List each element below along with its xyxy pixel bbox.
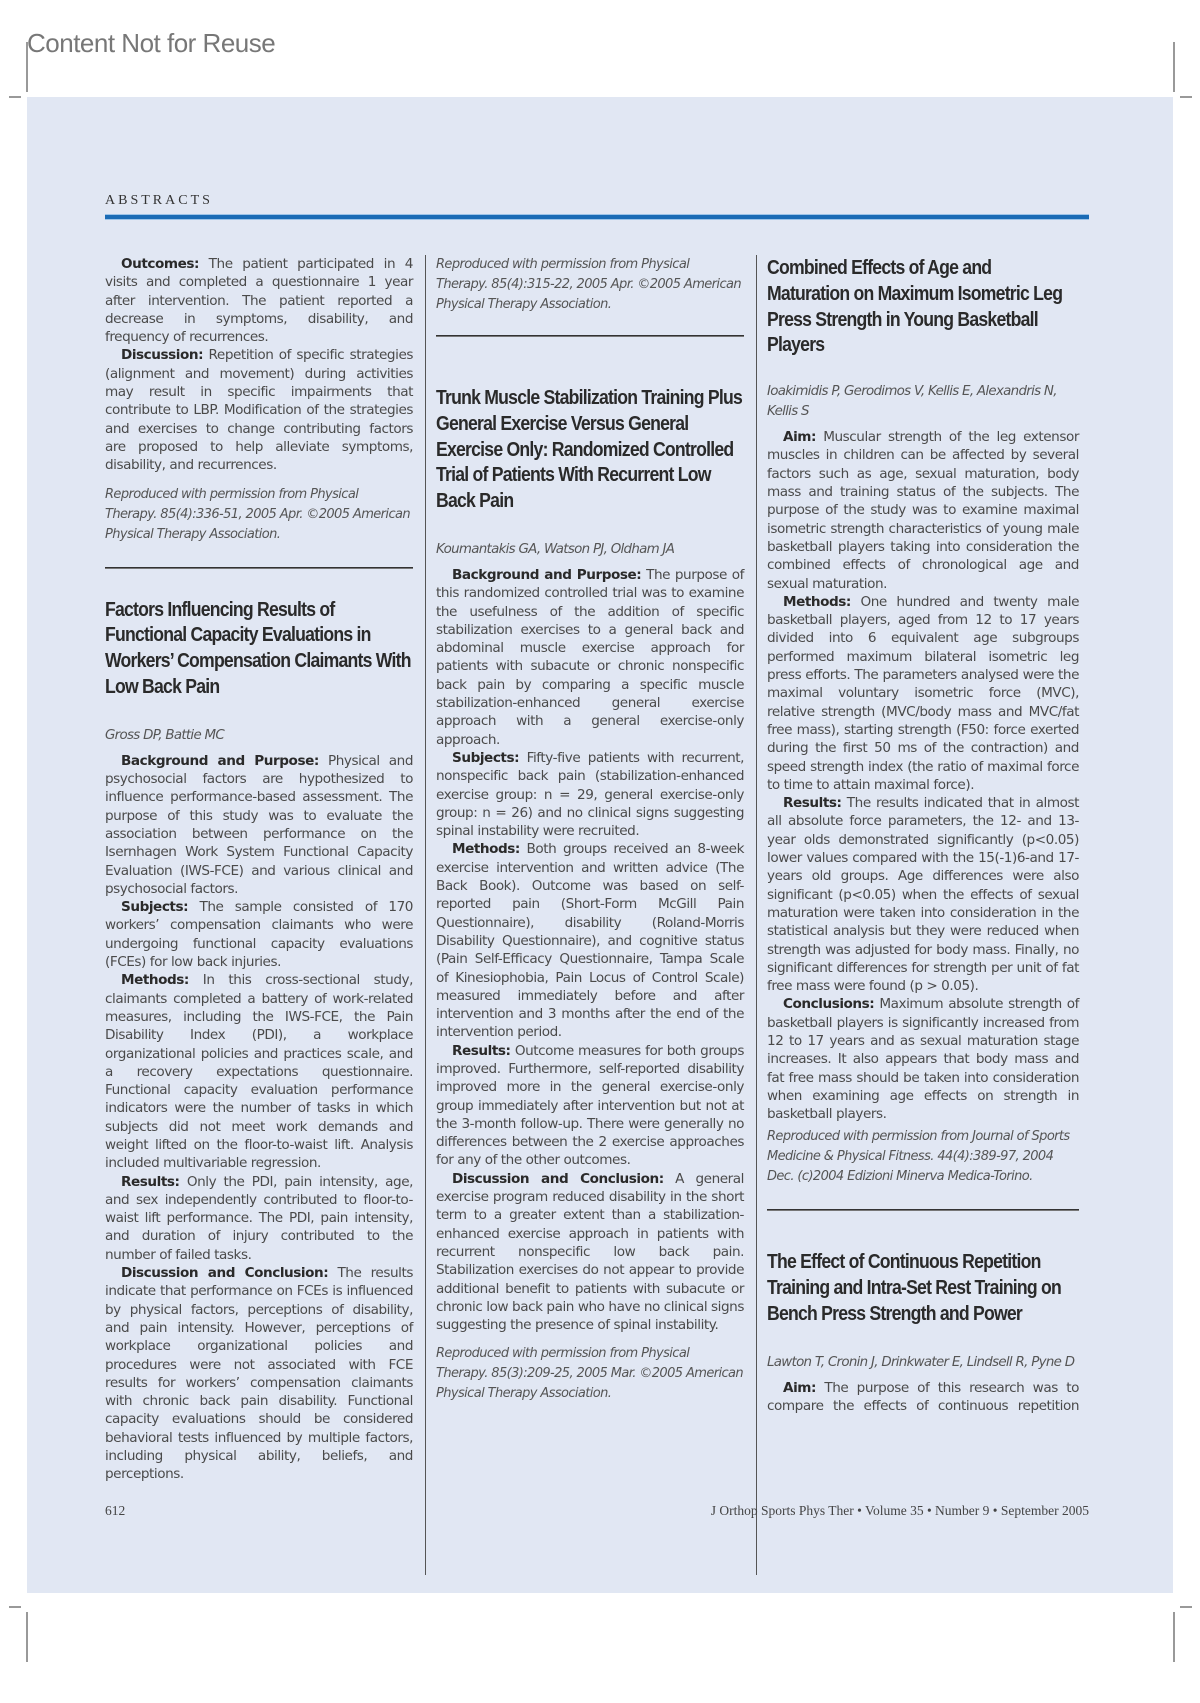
column-divider — [756, 255, 757, 1575]
abstract-authors: Gross DP, Battie MC — [105, 726, 413, 746]
abstract-title: Combined Effects of Age and Maturation o… — [767, 255, 1077, 358]
abstract-authors: Ioakimidis P, Gerodimos V, Kellis E, Ale… — [767, 382, 1079, 422]
abstract-paragraph: Discussion: Repetition of specific strat… — [105, 346, 413, 474]
abstract-paragraph: Background and Purpose: The purpose of t… — [436, 566, 744, 749]
paragraph-label: Background and Purpose: — [452, 567, 641, 583]
paragraph-text: A general exercise program reduced disab… — [436, 1171, 744, 1333]
abstract-title: The Effect of Continuous Repetition Trai… — [767, 1249, 1077, 1326]
section-heading: ABSTRACTS — [105, 193, 213, 209]
paragraph-text: The results indicated that in almost all… — [767, 795, 1079, 994]
paragraph-text: Muscular strength of the leg extensor mu… — [767, 429, 1079, 591]
paragraph-label: Conclusions: — [783, 996, 874, 1012]
abstract-title: Factors Influencing Results of Functiona… — [105, 597, 415, 700]
column-2: Reproduced with permission from Physical… — [436, 255, 744, 1404]
paragraph-label: Discussion and Conclusion: — [121, 1265, 328, 1281]
abstract-paragraph: Discussion and Conclusion: The results i… — [105, 1264, 413, 1484]
paragraph-label: Methods: — [783, 594, 851, 610]
crop-mark — [26, 1612, 28, 1662]
abstract-paragraph: Outcomes: The patient participated in 4 … — [105, 255, 413, 346]
abstract-paragraph: Results: The results indicated that in a… — [767, 794, 1079, 995]
watermark: Content Not for Reuse — [27, 28, 275, 59]
paragraph-text: One hundred and twenty male basketball p… — [767, 594, 1079, 793]
journal-page: ABSTRACTS Outcomes: The patient particip… — [27, 97, 1173, 1593]
abstract-paragraph: Subjects: The sample consisted of 170 wo… — [105, 898, 413, 971]
paragraph-text: The purpose of this randomized controlle… — [436, 567, 744, 748]
paragraph-label: Results: — [452, 1043, 511, 1059]
reproduction-notice: Reproduced with permission from Physical… — [436, 1344, 744, 1404]
reproduction-notice: Reproduced with permission from Physical… — [436, 255, 744, 315]
paragraph-label: Aim: — [783, 429, 816, 445]
abstract-paragraph: Methods: One hundred and twenty male bas… — [767, 593, 1079, 794]
paragraph-text: Physical and psychosocial factors are hy… — [105, 753, 413, 897]
paragraph-label: Subjects: — [452, 750, 519, 766]
reproduction-notice: Reproduced with permission from Physical… — [105, 485, 413, 545]
abstract-paragraph: Background and Purpose: Physical and psy… — [105, 752, 413, 898]
crop-mark — [9, 1606, 21, 1608]
page-number: 612 — [105, 1503, 125, 1519]
paragraph-text: Outcome measures for both groups improve… — [436, 1043, 744, 1169]
paragraph-text: Both groups received an 8-week exercise … — [436, 841, 744, 1040]
abstract-authors: Koumantakis GA, Watson PJ, Oldham JA — [436, 540, 744, 560]
paragraph-label: Discussion: — [121, 347, 203, 363]
paragraph-label: Aim: — [783, 1380, 816, 1396]
abstract-paragraph: Aim: Muscular strength of the leg extens… — [767, 428, 1079, 593]
column-divider — [425, 255, 426, 1575]
paragraph-label: Results: — [121, 1174, 180, 1190]
abstract-paragraph: Methods: In this cross-sectional study, … — [105, 971, 413, 1172]
paragraph-text: Repetition of specific strategies (align… — [105, 347, 413, 473]
crop-mark — [9, 96, 21, 98]
paragraph-label: Methods: — [121, 972, 189, 988]
section-rule — [105, 214, 1089, 220]
paragraph-label: Discussion and Conclusion: — [452, 1171, 664, 1187]
reproduction-notice: Reproduced with permission from Journal … — [767, 1127, 1079, 1187]
abstract-paragraph: Discussion and Conclusion: A general exe… — [436, 1170, 744, 1335]
paragraph-text: The results indicate that performance on… — [105, 1265, 413, 1482]
crop-mark — [1173, 42, 1175, 92]
abstract-authors: Lawton T, Cronin J, Drinkwater E, Lindse… — [767, 1353, 1079, 1373]
abstract-paragraph: Aim: The purpose of this research was to… — [767, 1379, 1079, 1416]
paragraph-text: Maximum absolute strength of basketball … — [767, 996, 1079, 1122]
abstract-paragraph: Results: Only the PDI, pain intensity, a… — [105, 1173, 413, 1264]
abstract-paragraph: Results: Outcome measures for both group… — [436, 1042, 744, 1170]
abstract-paragraph: Methods: Both groups received an 8-week … — [436, 840, 744, 1041]
paragraph-label: Background and Purpose: — [121, 753, 319, 769]
crop-mark — [1180, 1606, 1192, 1608]
crop-mark — [1180, 96, 1192, 98]
journal-citation: J Orthop Sports Phys Ther • Volume 35 • … — [711, 1503, 1089, 1519]
abstract-title: Trunk Muscle Stabilization Training Plus… — [436, 385, 746, 514]
paragraph-text: In this cross-sectional study, claimants… — [105, 972, 413, 1171]
column-3: Combined Effects of Age and Maturation o… — [767, 255, 1079, 1415]
paragraph-label: Outcomes: — [121, 256, 199, 272]
paragraph-label: Methods: — [452, 841, 520, 857]
abstract-paragraph: Subjects: Fifty-five patients with recur… — [436, 749, 744, 840]
paragraph-label: Results: — [783, 795, 842, 811]
crop-mark — [1173, 1612, 1175, 1662]
paragraph-label: Subjects: — [121, 899, 188, 915]
abstract-paragraph: Conclusions: Maximum absolute strength o… — [767, 995, 1079, 1123]
column-1: Outcomes: The patient participated in 4 … — [105, 255, 413, 1484]
crop-mark — [26, 42, 28, 92]
